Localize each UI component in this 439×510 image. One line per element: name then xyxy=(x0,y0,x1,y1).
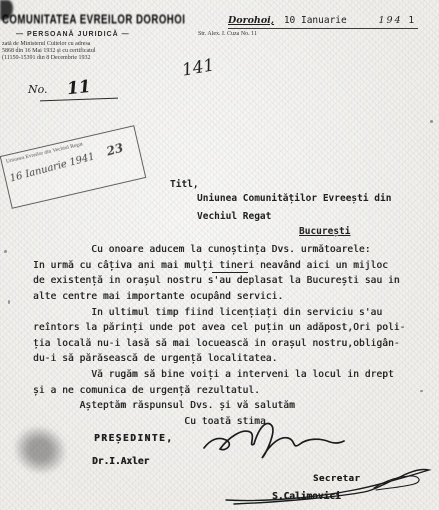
body-line: In urmă cu câțiva ani mai mulți tineri n… xyxy=(33,260,388,271)
underline-word-tineri xyxy=(212,272,248,273)
president-signature xyxy=(196,414,346,462)
body-line: Vă rugăm să bine voiți a interveni la lo… xyxy=(33,369,394,380)
body-line: In ultimul timp fiind licențiați din ser… xyxy=(33,307,382,318)
body-line: de existență in orașul nostru s'au depla… xyxy=(33,275,400,286)
president-name: Dr.I.Axler xyxy=(92,456,149,467)
body-line: ția locală nu-i lasă să mai locuească in… xyxy=(33,338,400,349)
body-line: Așteptăm răspunsul Dvs. și vă salutăm xyxy=(33,400,295,411)
secretary-signature xyxy=(224,462,436,508)
president-title: PREȘEDINTE, xyxy=(94,433,173,444)
scanned-letter-page: COMUNITATEA EVREILOR DOROHOI — PERSOANĂ … xyxy=(0,0,439,510)
body-line: alte centre mai importante ocupând servi… xyxy=(33,291,283,302)
body-line: reîntors la părinți unde pot avea cel pu… xyxy=(33,322,405,333)
body-line: du-i să părăsească de urgență localitate… xyxy=(33,353,277,364)
body-line: Cu onoare aducem la cunoștința Dvs. urmă… xyxy=(33,244,371,255)
body-line: și a ne comunica de urgență rezultatul. xyxy=(33,385,260,396)
